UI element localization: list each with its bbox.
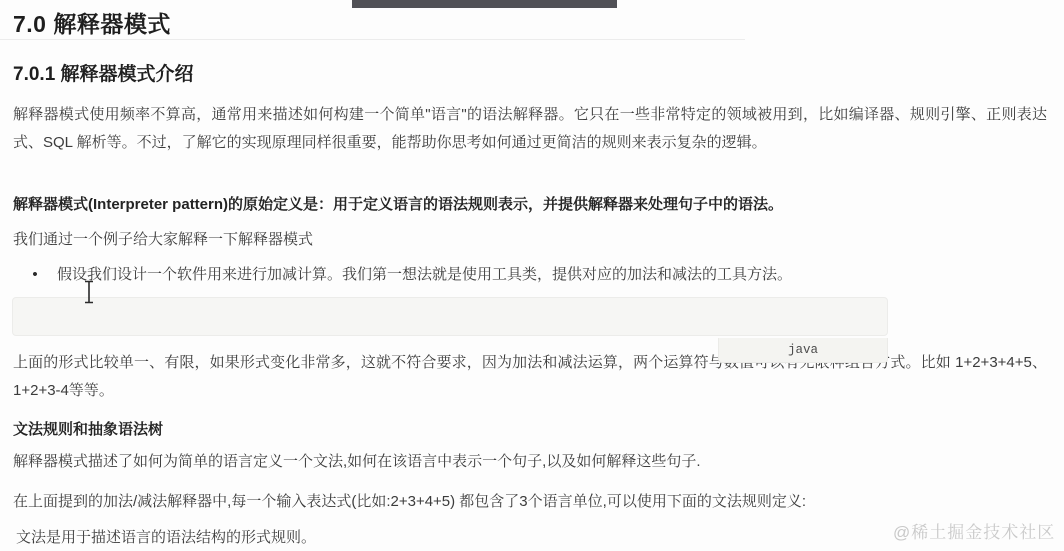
section-heading: 7.0.1 解释器模式介绍 (13, 59, 194, 86)
bullet-marker: • (13, 261, 57, 289)
article-title: 7.0 解释器模式 (13, 6, 171, 39)
title-divider (0, 39, 745, 40)
paragraph-grammar-2: 在上面提到的加法/减法解释器中,每一个输入表达式(比如:2+3+4+5) 都包含… (13, 488, 1047, 516)
top-dark-bar (352, 0, 617, 8)
text-cursor-icon (82, 280, 96, 304)
bullet-item: • 假设我们设计一个软件用来进行加减计算。我们第一想法就是使用工具类，提供对应的… (13, 261, 1013, 289)
paragraph-definition: 解释器模式(Interpreter pattern)的原始定义是：用于定义语言的… (13, 191, 1047, 219)
paragraph-limitation: 上面的形式比较单一、有限，如果形式变化非常多，这就不符合要求，因为加法和减法运算… (13, 349, 1047, 405)
subheading-grammar: 文法规则和抽象语法树 (13, 418, 163, 439)
paragraph-intro: 解释器模式使用频率不算高，通常用来描述如何构建一个简单"语言"的语法解释器。它只… (13, 101, 1047, 157)
bullet-text: 假设我们设计一个软件用来进行加减计算。我们第一想法就是使用工具类，提供对应的加法… (57, 261, 792, 289)
watermark: @稀土掘金技术社区 (893, 518, 1055, 543)
paragraph-example-intro: 我们通过一个例子给大家解释一下解释器模式 (13, 226, 1047, 254)
paragraph-grammar-1: 解释器模式描述了如何为简单的语言定义一个文法,如何在该语言中表示一个句子,以及如… (13, 448, 1047, 476)
code-language-badge: java (718, 338, 888, 363)
code-block (12, 297, 888, 336)
